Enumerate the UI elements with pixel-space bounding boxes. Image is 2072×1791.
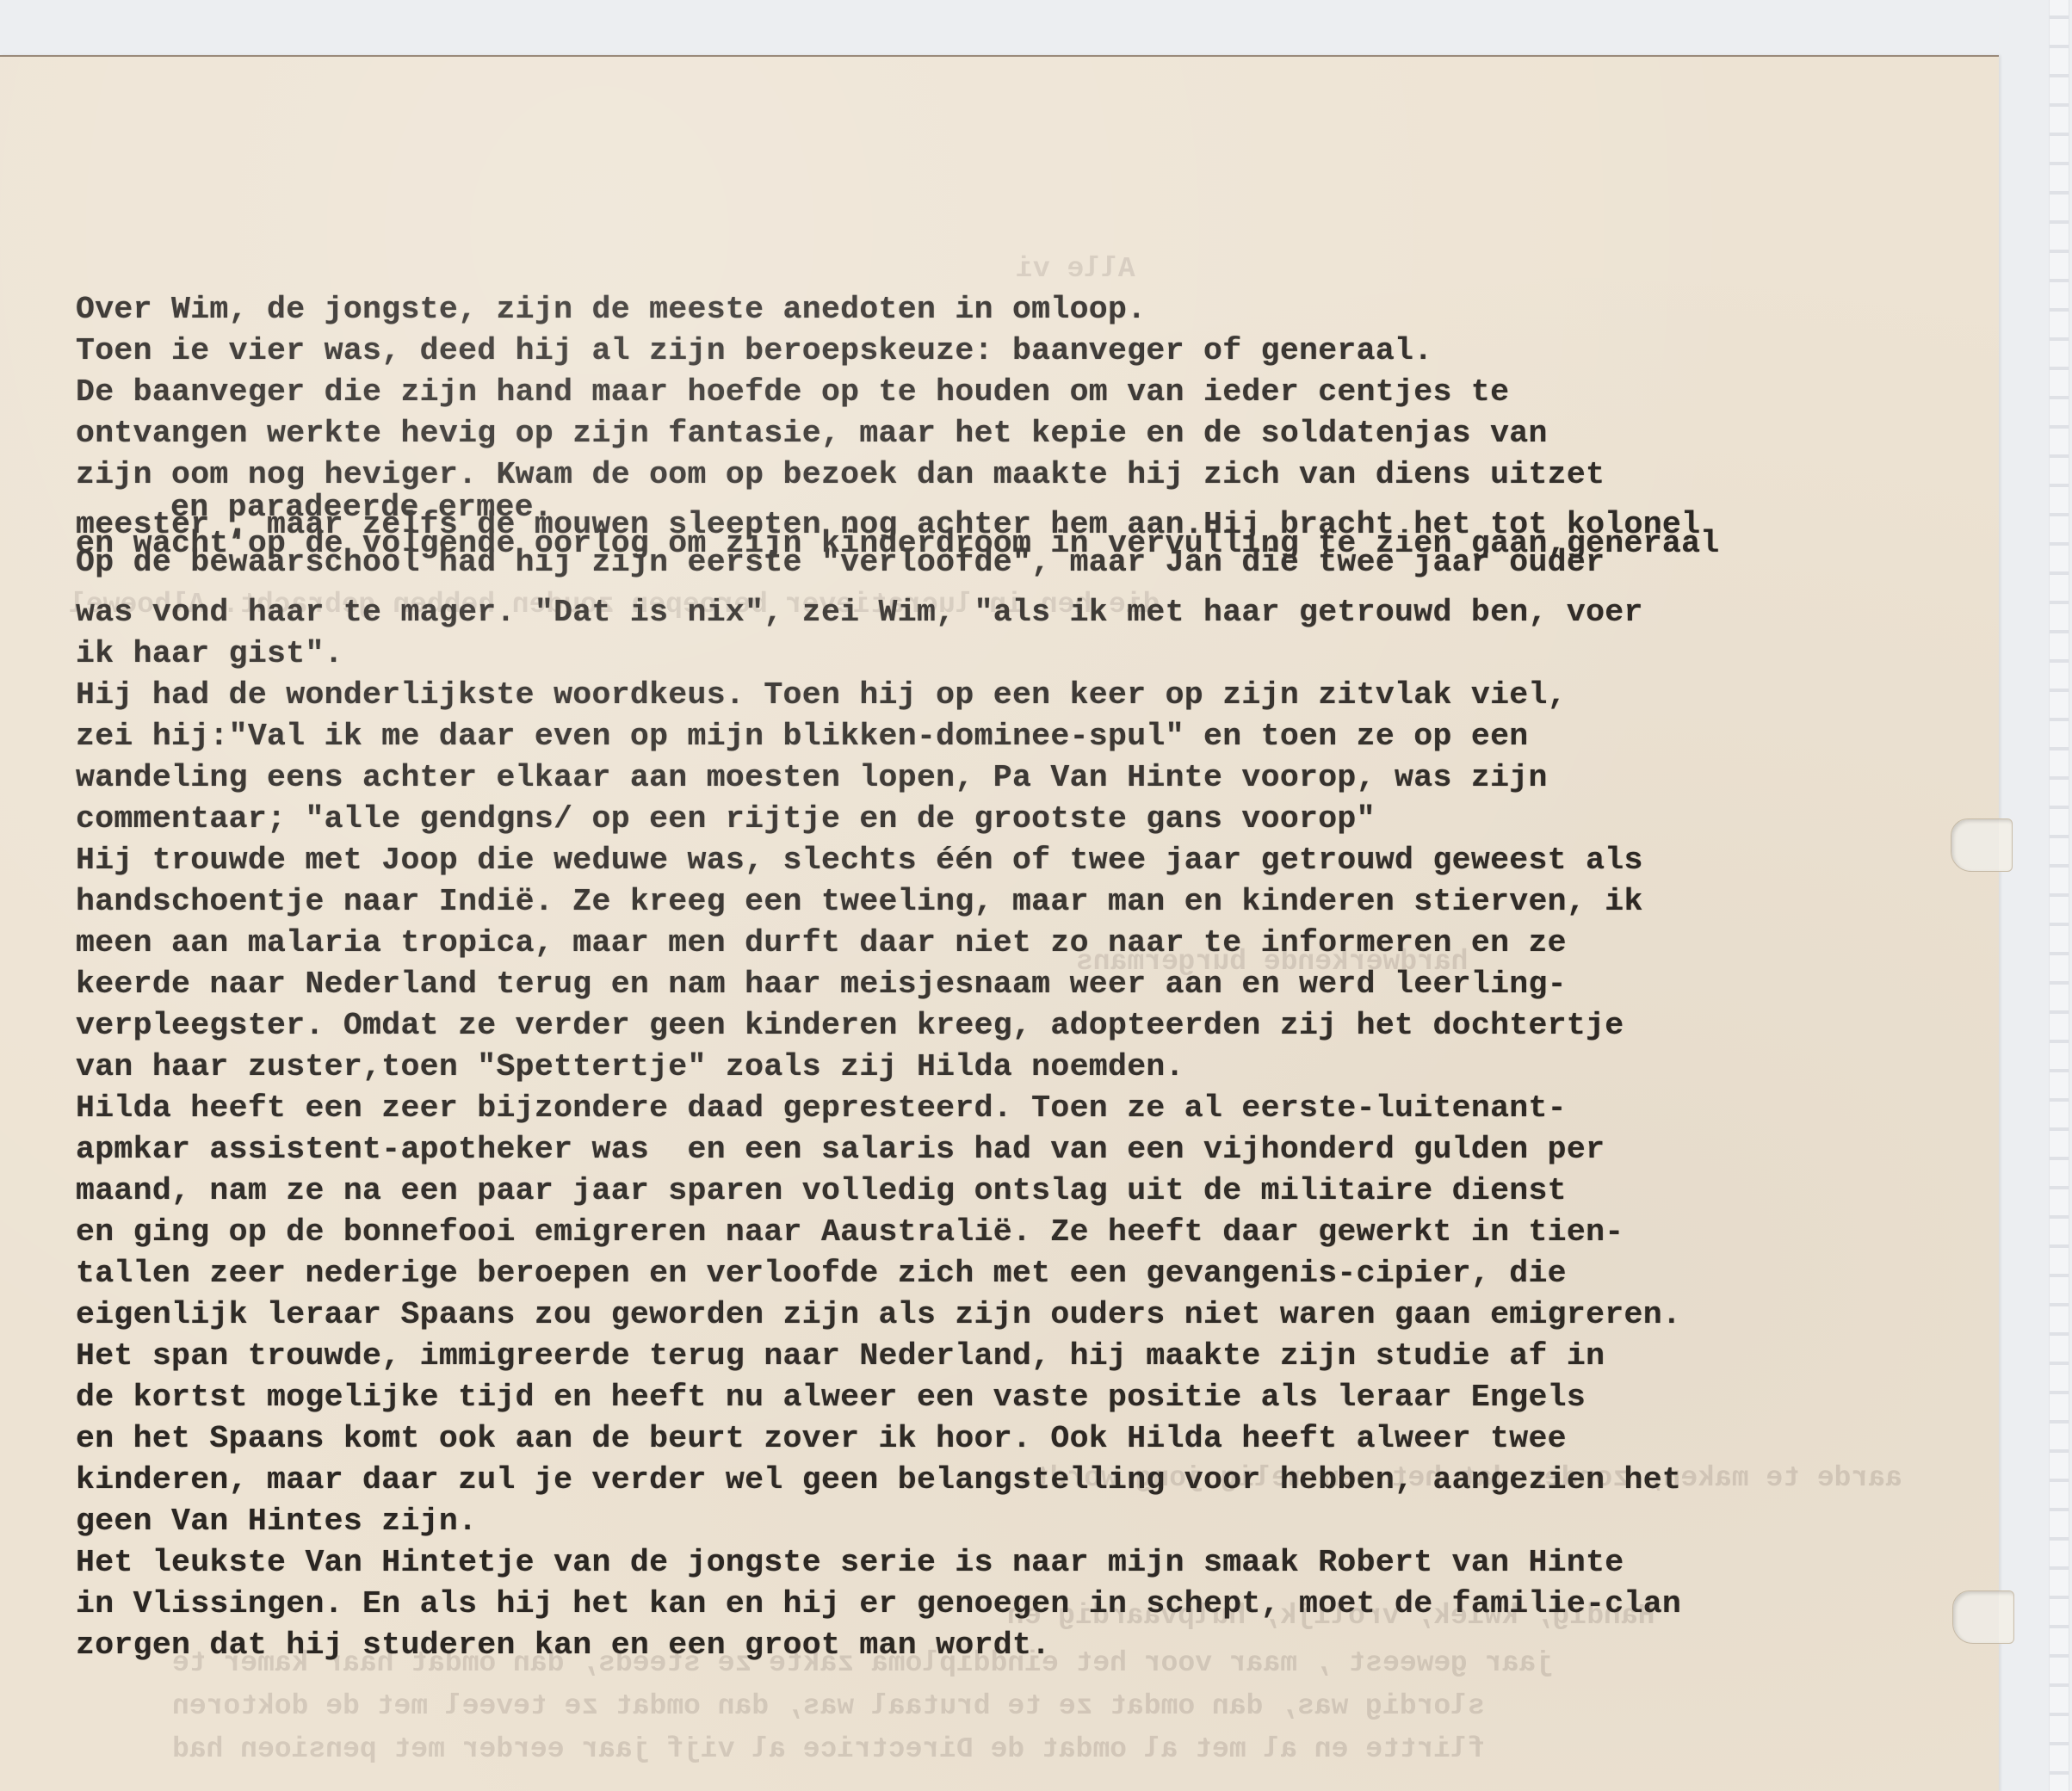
text-line: apmkar assistent-apotheker was en een sa… [76, 1129, 2004, 1170]
text-line: ontvangen werkte hevig op zijn fantasie,… [76, 413, 2004, 454]
text-line: maand, nam ze na een paar jaar sparen vo… [76, 1170, 2004, 1212]
text-line: Hilda heeft een zeer bijzondere daad gep… [76, 1088, 2004, 1129]
bleed-through-text: Alle vi [1016, 246, 1135, 293]
text-line: Hij had de wonderlijkste woordkeus. Toen… [76, 675, 2004, 716]
text-line: Het leukste Van Hintetje van de jongste … [76, 1542, 2004, 1584]
typewritten-page: Alle vi die hen in lucratiever beroepen … [0, 55, 1999, 1791]
text-line: ik haar gist". [76, 633, 2004, 675]
text-line: zei hij:"Val ik me daar even op mijn bli… [76, 716, 2004, 757]
text-line: tallen zeer nederige beroepen en verloof… [76, 1253, 2004, 1294]
text-line-overlapping: en wacht'op de volgende oorlog om zijn k… [76, 523, 2004, 542]
text-line: zijn oom nog heviger. Kwam de oom op bez… [76, 454, 2004, 487]
bleed-through-text: flirtte en al met al omdat de Directrice… [172, 1726, 1485, 1773]
text-line: zorgen dat hij studeren kan en een groot… [76, 1625, 2004, 1666]
text-line-overlapping: meester , maar zelfs de mouwen sleepten … [76, 504, 2004, 523]
text-line: verpleegster. Omdat ze verder geen kinde… [76, 1005, 2004, 1047]
text-line: en het Spaans komt ook aan de beurt zove… [76, 1418, 2004, 1460]
text-line: eigenlijk leraar Spaans zou geworden zij… [76, 1294, 2004, 1336]
text-line: keerde naar Nederland terug en nam haar … [76, 964, 2004, 1005]
text-line: Over Wim, de jongste, zijn de meeste ane… [76, 289, 2004, 330]
text-line: kinderen, maar daar zul je verder wel ge… [76, 1460, 2004, 1501]
text-line: van haar zuster,toen "Spettertje" zoals … [76, 1047, 2004, 1088]
text-line: in Vlissingen. En als hij het kan en hij… [76, 1584, 2004, 1625]
text-line: en ging op de bonnefooi emigreren naar A… [76, 1212, 2004, 1253]
text-line: geen Van Hintes zijn. [76, 1501, 2004, 1542]
text-line: Het span trouwde, immigreerde terug naar… [76, 1336, 2004, 1377]
text-line: de kortst mogelijke tijd en heeft nu alw… [76, 1377, 2004, 1418]
typed-text-body: Over Wim, de jongste, zijn de meeste ane… [76, 289, 2004, 1666]
sheet-protector-edge [2049, 0, 2069, 1791]
text-line: meen aan malaria tropica, maar men durft… [76, 923, 2004, 964]
text-line: handschoentje naar Indië. Ze kreeg een t… [76, 881, 2004, 923]
text-line: Toen ie vier was, deed hij al zijn beroe… [76, 330, 2004, 372]
text-line: wandeling eens achter elkaar aan moesten… [76, 757, 2004, 799]
text-line: De baanveger die zijn hand maar hoefde o… [76, 372, 2004, 413]
text-line: was vond haar te mager. "Dat is nix", ze… [76, 592, 2004, 633]
text-line: Hij trouwde met Joop die weduwe was, sle… [76, 840, 2004, 881]
text-line: commentaar; "alle gendgns/ op een rijtje… [76, 799, 2004, 840]
bleed-through-text: slordig was, dan omdat ze te brutaal was… [172, 1683, 1485, 1730]
